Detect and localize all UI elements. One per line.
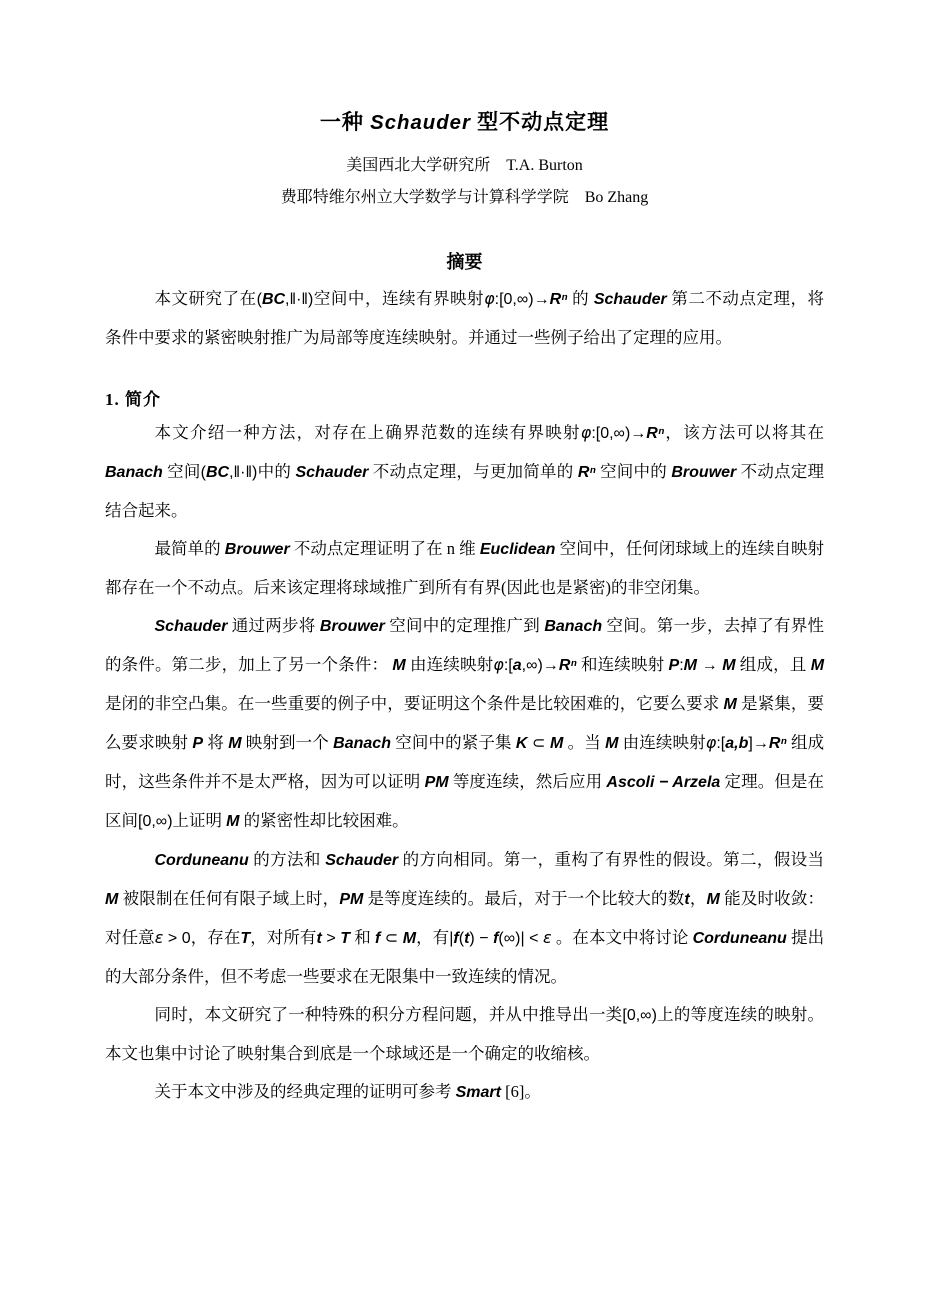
text-run: 通过两步将 xyxy=(227,616,320,635)
text-run: M xyxy=(724,696,737,713)
text-run: 中的 xyxy=(257,462,295,481)
text-run: > 0 xyxy=(163,930,190,947)
text-run: M xyxy=(605,735,618,752)
text-run: PM xyxy=(425,774,449,791)
text-run: ，对所有 xyxy=(250,928,316,947)
text-run: 的方向相同。第一，重构了有界性的假设。第二，假设当 xyxy=(398,850,824,869)
text-run: 。在本文中将讨论 xyxy=(552,928,693,947)
text-run: 是等度连续的。最后，对于一个比较大的数 xyxy=(363,889,684,908)
text-run: 空间中的紧子集 xyxy=(391,733,516,752)
text-run: K xyxy=(516,735,528,752)
text-run: ]→ xyxy=(748,735,768,752)
text-run: Rⁿ xyxy=(559,657,577,674)
text-run: [6]。 xyxy=(501,1082,541,1101)
abstract-paragraph: 本文研究了在(BC,‖·‖)空间中，连续有界映射φ:[0,∞)→Rⁿ 的 Sch… xyxy=(105,280,824,357)
text-run: ⊂ xyxy=(380,930,402,947)
text-run: Schauder xyxy=(325,852,398,869)
text-run: 关于本文中涉及的经典定理的证明可参考 xyxy=(155,1082,456,1101)
paragraph-corduneanu-approach: Corduneanu 的方法和 Schauder 的方向相同。第一，重构了有界性… xyxy=(105,841,824,996)
text-run: Euclidean xyxy=(480,541,556,558)
text-run: PM xyxy=(339,891,363,908)
text-run: M xyxy=(684,657,697,674)
text-run: Schauder xyxy=(155,618,228,635)
text-run: Rⁿ xyxy=(646,425,664,442)
text-run: 一种 xyxy=(320,110,370,134)
text-run: M xyxy=(707,891,720,908)
text-run: M xyxy=(392,657,405,674)
text-run: (∞)| < xyxy=(498,930,543,947)
text-run: 等度连续，然后应用 xyxy=(449,772,607,791)
text-run: φ xyxy=(484,289,495,308)
section-heading-introduction: 1. 简介 xyxy=(105,385,824,410)
text-run: 将 xyxy=(203,733,228,752)
text-run: 和连续映射 xyxy=(577,655,669,674)
text-run: ,‖·‖) xyxy=(229,464,257,481)
text-run: P xyxy=(192,735,203,752)
text-run: Corduneanu xyxy=(155,852,249,869)
text-run: ，存在 xyxy=(191,928,241,947)
text-run: Banach xyxy=(333,735,391,752)
text-run: a xyxy=(513,657,522,674)
text-run: 的方法和 xyxy=(249,850,325,869)
text-run: 不动点定理，与更加简单的 xyxy=(368,462,577,481)
text-run: 是闭的非空凸集。在一些重要的例子中，要证明这个条件是比较困难的，它要么要求 xyxy=(105,694,724,713)
text-run: 。当 xyxy=(563,733,605,752)
text-run: Brouwer xyxy=(671,464,736,481)
text-run: 上证明 xyxy=(173,811,227,830)
text-run: Banach xyxy=(105,464,163,481)
text-run: ε xyxy=(543,928,552,947)
text-run: 由连续映射 xyxy=(406,655,494,674)
text-run: :[ xyxy=(716,735,725,752)
text-run: :[ xyxy=(504,657,513,674)
text-run: ⊂ xyxy=(527,735,550,752)
text-run: Schauder xyxy=(594,291,667,308)
text-run: Ascoli − Arzela xyxy=(606,774,720,791)
paragraph-method-overview: 本文介绍一种方法，对存在上确界范数的连续有界映射φ:[0,∞)→Rⁿ，该方法可以… xyxy=(105,414,824,530)
text-run: Rⁿ xyxy=(769,735,787,752)
author-line-burton: 美国西北大学研究所 T.A. Burton xyxy=(105,150,824,182)
document-page: 一种 Schauder 型不动点定理 美国西北大学研究所 T.A. Burton… xyxy=(0,0,926,1309)
text-run: M xyxy=(228,735,241,752)
text-run: 空间中的定理推广到 xyxy=(385,616,545,635)
text-run: 被限制在任何有限子域上时， xyxy=(118,889,339,908)
text-run: Rⁿ xyxy=(550,291,568,308)
text-run: :[0,∞)→ xyxy=(591,425,646,442)
text-run: 空间 xyxy=(163,462,201,481)
text-run: φ xyxy=(706,733,717,752)
text-run: 最简单的 xyxy=(155,539,225,558)
text-run: 的紧密性却比较困难。 xyxy=(239,811,408,830)
text-run: [0,∞) xyxy=(138,813,173,830)
text-run: Schauder xyxy=(295,464,368,481)
text-run: > xyxy=(322,930,340,947)
text-run: M xyxy=(811,657,824,674)
text-run: Smart xyxy=(456,1084,501,1101)
text-run: T xyxy=(340,930,350,947)
text-run: T xyxy=(240,930,250,947)
abstract-heading: 摘要 xyxy=(105,248,824,274)
text-run: M xyxy=(226,813,239,830)
text-run: φ xyxy=(581,423,592,442)
text-run: M xyxy=(550,735,563,752)
text-run: :[0,∞)→ xyxy=(495,291,550,308)
text-run: 空间中的 xyxy=(596,462,672,481)
paragraph-schauder-extension: Schauder 通过两步将 Brouwer 空间中的定理推广到 Banach … xyxy=(105,607,824,841)
text-run: ,‖·‖) xyxy=(285,291,313,308)
text-run: ,∞)→ xyxy=(522,657,559,674)
text-run: Brouwer xyxy=(225,541,290,558)
text-run: 组成，且 xyxy=(736,655,811,674)
text-run: BC xyxy=(262,291,285,308)
text-run: M xyxy=(722,657,735,674)
text-run: 同时，本文研究了一种特殊的积分方程问题，并从中推导出一类 xyxy=(155,1005,623,1024)
text-run: 空间中，连续有界映射 xyxy=(313,289,484,308)
text-run: M xyxy=(105,891,118,908)
text-run: ， xyxy=(690,889,707,908)
text-run: [0,∞) xyxy=(622,1007,657,1024)
text-run: 型不动点定理 xyxy=(471,110,609,134)
author-line-zhang: 费耶特维尔州立大学数学与计算科学学院 Bo Zhang xyxy=(105,182,824,214)
text-run: φ xyxy=(493,655,504,674)
text-run: P xyxy=(669,657,680,674)
text-run: BC xyxy=(206,464,229,481)
paper-title: 一种 Schauder 型不动点定理 xyxy=(105,106,824,136)
text-run: 由连续映射 xyxy=(618,733,705,752)
text-run: 和 xyxy=(350,928,375,947)
text-run: ，该方法可以将其在 xyxy=(664,423,824,442)
text-run: 的 xyxy=(568,289,594,308)
text-run: → xyxy=(697,657,722,674)
text-run: 映射到一个 xyxy=(242,733,334,752)
text-run: Banach xyxy=(544,618,602,635)
text-run: M xyxy=(403,930,416,947)
text-run: Schauder xyxy=(370,112,471,134)
text-run: Rⁿ xyxy=(578,464,596,481)
text-run: a,b xyxy=(725,735,748,752)
text-run: 不动点定理证明了在 n 维 xyxy=(290,539,480,558)
text-run: ) − xyxy=(469,930,493,947)
paragraph-reference-smart: 关于本文中涉及的经典定理的证明可参考 Smart [6]。 xyxy=(105,1073,824,1112)
text-run: ，有 xyxy=(416,928,449,947)
paragraph-integral-equation: 同时，本文研究了一种特殊的积分方程问题，并从中推导出一类[0,∞)上的等度连续的… xyxy=(105,996,824,1073)
text-run: 本文介绍一种方法，对存在上确界范数的连续有界映射 xyxy=(155,423,581,442)
text-run: Corduneanu xyxy=(693,930,787,947)
text-run: 本文研究了在 xyxy=(155,289,257,308)
text-run: Brouwer xyxy=(320,618,385,635)
paragraph-brouwer-theorem: 最简单的 Brouwer 不动点定理证明了在 n 维 Euclidean 空间中… xyxy=(105,530,824,607)
